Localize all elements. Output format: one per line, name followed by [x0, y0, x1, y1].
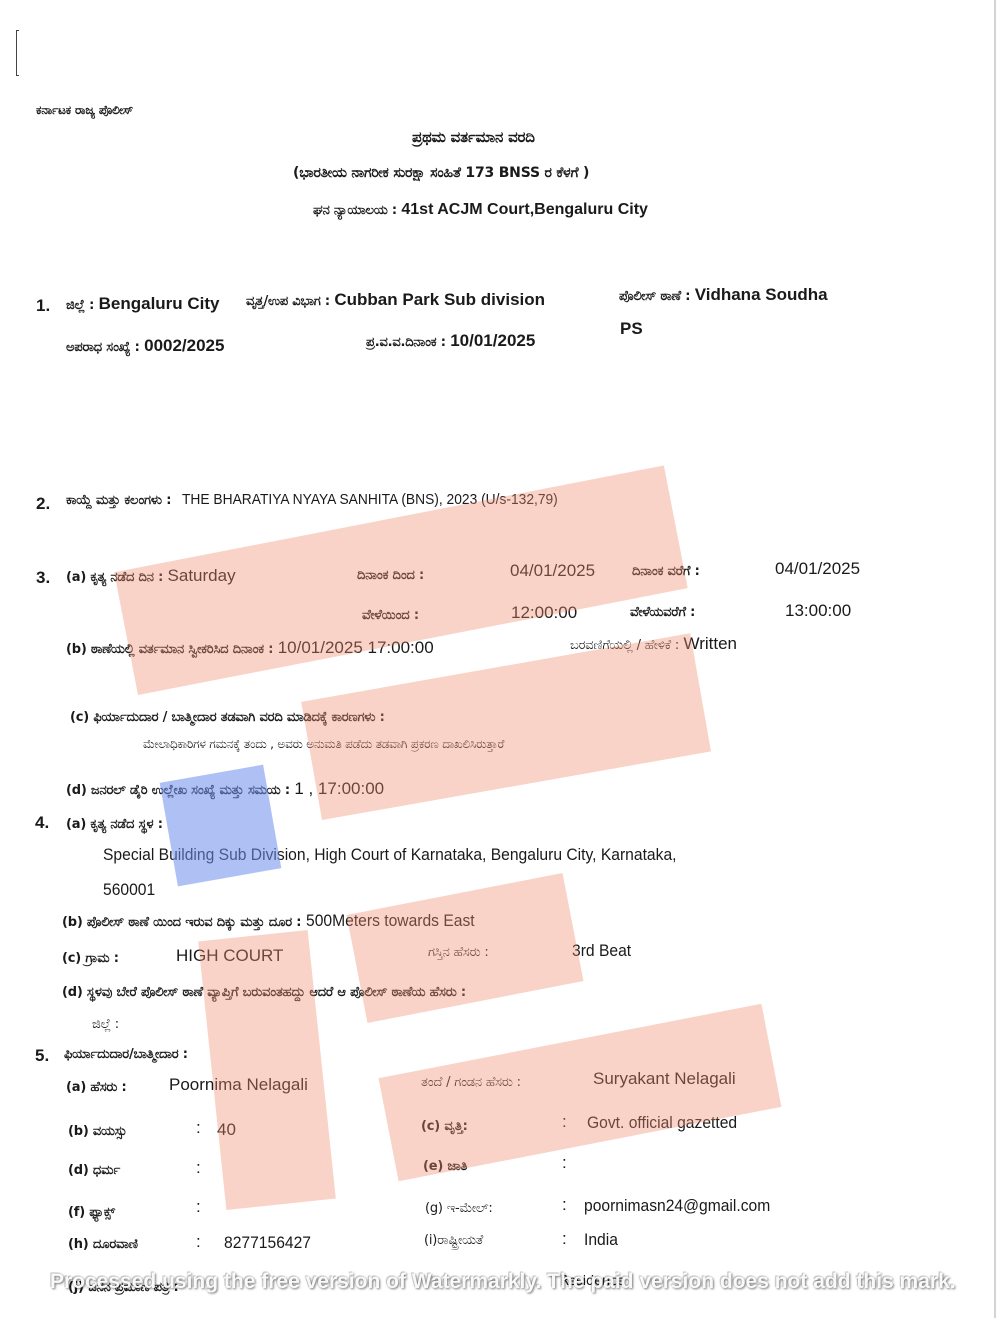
- other-station-label: (d) ಸ್ಥಳವು ಬೇರೆ ಪೊಲೀಸ್ ಠಾಣೆ ವ್ಯಾಪ್ತಿಗೆ ಬ…: [62, 983, 466, 1003]
- org-name: ಕರ್ನಾಟಕ ರಾಜ್ಯ ಪೊಲೀಸ್: [36, 100, 133, 120]
- time-from-label: ವೇಳೆಯಿಂದ :: [362, 606, 419, 626]
- overlay-sticker: [198, 930, 336, 1210]
- subdivision-field: ವೃತ್ತ/ಉಪ ವಿಭಾಗ : Cubban Park Sub divisio…: [246, 290, 545, 312]
- nationality-value: India: [584, 1230, 618, 1250]
- nationality-colon: :: [562, 1229, 567, 1249]
- beat-value: 3rd Beat: [572, 941, 631, 961]
- district-value: Bengaluru City: [99, 294, 220, 313]
- phone-label: (h) ದೂರವಾಣಿ: [68, 1235, 138, 1255]
- section-number: 1.: [36, 296, 50, 316]
- crime-number-field: ಅಪರಾಧ ಸಂಖ್ಯೆ : 0002/2025: [66, 336, 224, 358]
- village-label: (c) ಗ್ರಾಮ :: [62, 949, 119, 969]
- court-value: 41st ACJM Court,Bengaluru City: [401, 201, 648, 218]
- general-diary-label: (d) ಜನರಲ್ ಡೈರಿ ಉಲ್ಲೇಖ ಸಂಖ್ಯೆ ಮತ್ತು ಸಮಯ :: [66, 783, 290, 798]
- station-value: Vidhana Soudha: [695, 285, 828, 304]
- caste-colon: :: [562, 1153, 567, 1173]
- complainant-title: ಫಿರ್ಯಾದುದಾರ/ಬಾತ್ಮೀದಾರ :: [64, 1045, 188, 1065]
- incident-day-value: Saturday: [168, 566, 236, 585]
- email-label: (g) ಇ-ಮೇಲ್:: [425, 1199, 493, 1219]
- section-number: 5.: [35, 1046, 49, 1066]
- incident-place-label: (a) ಕೃತ್ಯ ನಡೆದ ಸ್ಥಳ :: [66, 815, 163, 835]
- general-diary-field: (d) ಜನರಲ್ ಡೈರಿ ಉಲ್ಲೇಖ ಸಂಖ್ಯೆ ಮತ್ತು ಸಮಯ :…: [66, 779, 384, 801]
- email-value: poornimasn24@gmail.com: [584, 1196, 770, 1216]
- incident-day-field: (a) ಕೃತ್ಯ ನಡೆದ ದಿನ : Saturday: [66, 566, 236, 588]
- fax-colon: :: [196, 1197, 201, 1217]
- phone-value: 8277156427: [224, 1233, 311, 1253]
- age-value: 40: [217, 1120, 236, 1140]
- fir-date-label: ಪ್ರ.ವ.ವ.ದಿನಾಂಕ :: [366, 335, 446, 350]
- delay-reason-value: ಮೇಲಾಧಿಕಾರಿಗಳ ಗಮನಕ್ಕೆ ತಂದು , ಅವರು ಅನುಮತಿ …: [143, 734, 504, 754]
- age-label: (b) ವಯಸ್ಸು: [68, 1122, 127, 1142]
- date-from-value: 04/01/2025: [510, 561, 595, 581]
- time-to-value: 13:00:00: [785, 601, 851, 621]
- station-field: ಪೊಲೀಸ್ ಠಾಣೆ : Vidhana Soudha: [619, 285, 828, 307]
- occupation-label: (c) ವೃತ್ತಿ:: [421, 1117, 468, 1137]
- section-number: 3.: [36, 568, 50, 588]
- page-edge: [994, 0, 996, 1318]
- incident-place-value: Special Building Sub Division, High Cour…: [103, 845, 676, 865]
- subtitle-text: (ಭಾರತೀಯ ನಾಗರೀಕ ಸುರಕ್ಷಾ ಸಂಹಿತೆ 173 BNSS ರ…: [293, 165, 589, 181]
- caste-label: (e) ಜಾತಿ: [423, 1157, 467, 1177]
- station-value-line2: PS: [620, 319, 643, 339]
- beat-label: ಗಸ್ತಿನ ಹೆಸರು :: [428, 943, 489, 963]
- phone-colon: :: [196, 1232, 201, 1252]
- court-label: ಘನ ನ್ಯಾಯಾಲಯ :: [313, 203, 397, 218]
- received-date-label: (b) ಠಾಣೆಯಲ್ಲಿ ವರ್ತಮಾನ ಸ್ವೀಕರಿಸಿದ ದಿನಾಂಕ …: [66, 642, 273, 657]
- occupation-value: Govt. official gazetted: [587, 1113, 737, 1133]
- incident-day-label: (a) ಕೃತ್ಯ ನಡೆದ ದಿನ :: [66, 570, 163, 585]
- direction-distance-label: (b) ಪೊಲೀಸ್ ಠಾಣೆ ಯಿಂದ ಇರುವ ದಿಕ್ಕು ಮತ್ತು ದ…: [62, 915, 301, 930]
- subdivision-value: Cubban Park Sub division: [334, 290, 545, 309]
- direction-distance-value: 500Meters towards East: [306, 911, 475, 931]
- date-from-label: ದಿನಾಂಕ ದಿಂದ :: [357, 566, 424, 586]
- date-to-value: 04/01/2025: [775, 559, 860, 579]
- time-to-label: ವೇಳೆಯವರೆಗೆ :: [630, 603, 695, 623]
- received-date-value: 10/01/2025 17:00:00: [278, 638, 434, 657]
- subdivision-label: ವೃತ್ತ/ಉಪ ವಿಭಾಗ :: [246, 294, 330, 309]
- fir-date-field: ಪ್ರ.ವ.ವ.ದಿನಾಂಕ : 10/01/2025: [366, 331, 535, 353]
- age-colon: :: [196, 1118, 201, 1138]
- crime-number-label: ಅಪರಾಧ ಸಂಖ್ಯೆ :: [66, 340, 140, 355]
- religion-colon: :: [196, 1158, 201, 1178]
- court-line: ಘನ ನ್ಯಾಯಾಲಯ : 41st ACJM Court,Bengaluru …: [313, 200, 648, 221]
- village-value: HIGH COURT: [176, 946, 283, 966]
- name-value: Poornima Nelagali: [169, 1075, 308, 1095]
- time-from-value: 12:00:00: [511, 603, 577, 623]
- station-label: ಪೊಲೀಸ್ ಠಾಣೆ :: [619, 289, 690, 304]
- other-district-label: ಜಿಲ್ಲೆ :: [92, 1015, 119, 1035]
- date-to-label: ದಿನಾಂಕ ವರೆಗೆ :: [632, 562, 700, 582]
- watermark: Processed using the free version of Wate…: [50, 1270, 950, 1294]
- section-number: 2.: [36, 494, 50, 514]
- incident-place-pincode: 560001: [103, 880, 155, 900]
- acts-value: THE BHARATIYA NYAYA SANHITA (BNS), 2023 …: [182, 490, 558, 510]
- father-name-label: ತಂದೆ / ಗಂಡನ ಹೆಸರು :: [421, 1073, 521, 1093]
- district-label: ಜಿಲ್ಲೆ :: [66, 298, 94, 313]
- email-colon: :: [562, 1195, 567, 1215]
- nationality-label: (i)ರಾಷ್ಟ್ರೀಯತೆ: [424, 1231, 483, 1251]
- received-date-field: (b) ಠಾಣೆಯಲ್ಲಿ ವರ್ತಮಾನ ಸ್ವೀಕರಿಸಿದ ದಿನಾಂಕ …: [66, 638, 434, 660]
- document-title: ಪ್ರಥಮ ವರ್ತಮಾನ ವರದಿ: [412, 127, 535, 147]
- name-label: (a) ಹೆಸರು :: [66, 1078, 127, 1098]
- acts-label: ಕಾಯ್ದೆ ಮತ್ತು ಕಲಂಗಳು :: [66, 493, 171, 508]
- direction-distance-field: (b) ಪೊಲೀಸ್ ಠಾಣೆ ಯಿಂದ ಇರುವ ದಿಕ್ಕು ಮತ್ತು ದ…: [62, 911, 489, 933]
- fir-date-value: 10/01/2025: [450, 331, 535, 350]
- report-mode-label: ಬರವಣಿಗೆಯಲ್ಲಿ / ಹೇಳಿಕೆ :: [570, 638, 679, 653]
- report-mode-value: Written: [683, 634, 737, 653]
- general-diary-value: 1 , 17:00:00: [294, 779, 384, 798]
- acts-field: ಕಾಯ್ದೆ ಮತ್ತು ಕಲಂಗಳು : THE BHARATIYA NYAY…: [66, 490, 590, 511]
- religion-label: (d) ಧರ್ಮ: [68, 1161, 120, 1181]
- fax-label: (f) ಫ್ಯಾಕ್ಸ್: [68, 1203, 115, 1223]
- district-field: ಜಿಲ್ಲೆ : Bengaluru City: [66, 294, 220, 316]
- section-number: 4.: [35, 813, 49, 833]
- report-mode-field: ಬರವಣಿಗೆಯಲ್ಲಿ / ಹೇಳಿಕೆ : Written: [570, 634, 737, 656]
- document-subtitle: (ಭಾರತೀಯ ನಾಗರೀಕ ಸುರಕ್ಷಾ ಸಂಹಿತೆ 173 BNSS ರ…: [293, 163, 589, 183]
- occupation-colon: :: [562, 1112, 567, 1132]
- father-name-value: Suryakant Nelagali: [593, 1069, 736, 1089]
- crime-number-value: 0002/2025: [144, 336, 224, 355]
- delay-reason-label: (c) ಫಿರ್ಯಾದುದಾರ / ಬಾತ್ಮೀದಾರ ತಡವಾಗಿ ವರದಿ …: [70, 708, 385, 728]
- staple-mark: [16, 30, 19, 76]
